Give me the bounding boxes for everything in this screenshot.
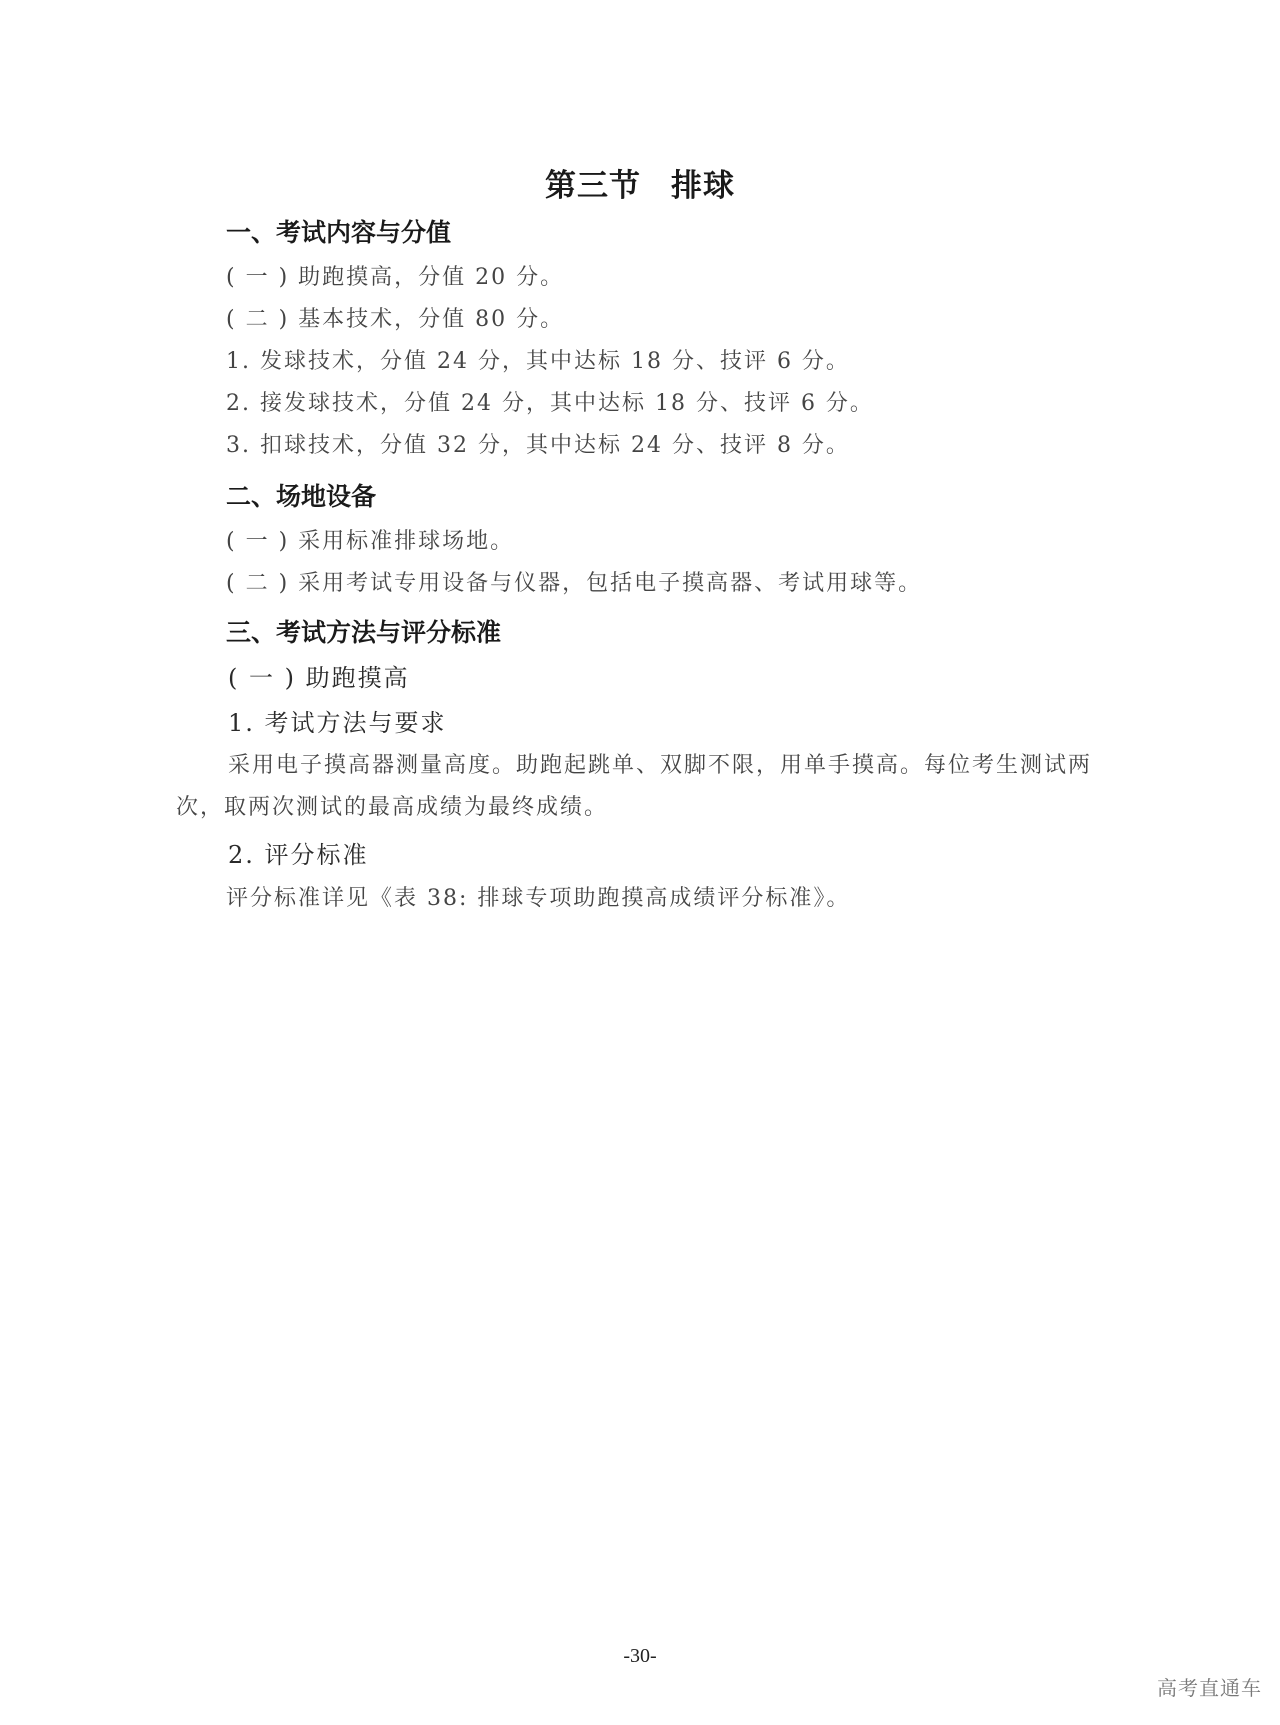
venue-line-court: ( 一 ) 采用标准排球场地。 <box>226 524 514 555</box>
content-line-basic-skills: ( 二 ) 基本技术，分值 80 分。 <box>226 302 564 333</box>
heading-exam-content: 一、考试内容与分值 <box>226 213 451 249</box>
subheading-run-up-touch: ( 一 ) 助跑摸高 <box>228 658 410 693</box>
content-line-run-up-touch: ( 一 ) 助跑摸高，分值 20 分。 <box>226 260 564 291</box>
content-line-spike: 3. 扣球技术，分值 32 分，其中达标 24 分、技评 8 分。 <box>226 428 850 459</box>
subheading-scoring-standard: 2. 评分标准 <box>228 835 369 870</box>
document-page: 第三节排球 一、考试内容与分值 ( 一 ) 助跑摸高，分值 20 分。 ( 二 … <box>0 0 1280 1725</box>
heading-venue-equipment: 二、场地设备 <box>226 477 376 513</box>
venue-line-equipment: ( 二 ) 采用考试专用设备与仪器，包括电子摸高器、考试用球等。 <box>226 566 922 597</box>
section-title-number: 第三节 <box>545 168 641 204</box>
section-title: 第三节排球 <box>0 160 1280 205</box>
page-number: -30- <box>0 1645 1280 1668</box>
content-line-receive: 2. 接发球技术，分值 24 分，其中达标 18 分、技评 6 分。 <box>226 386 874 417</box>
section-title-sport: 排球 <box>671 168 735 204</box>
heading-method-scoring: 三、考试方法与评分标准 <box>226 613 501 649</box>
watermark: 高考直通车 <box>1157 1672 1262 1701</box>
subheading-method-requirements: 1. 考试方法与要求 <box>228 703 447 738</box>
method-paragraph: 采用电子摸高器测量高度。助跑起跳单、双脚不限，用单手摸高。每位考生测试两次，取两… <box>176 745 1106 829</box>
content-line-serve: 1. 发球技术，分值 24 分，其中达标 18 分、技评 6 分。 <box>226 344 850 375</box>
scoring-reference-text: 评分标准详见《表 38: 排球专项助跑摸高成绩评分标准》。 <box>226 881 850 912</box>
